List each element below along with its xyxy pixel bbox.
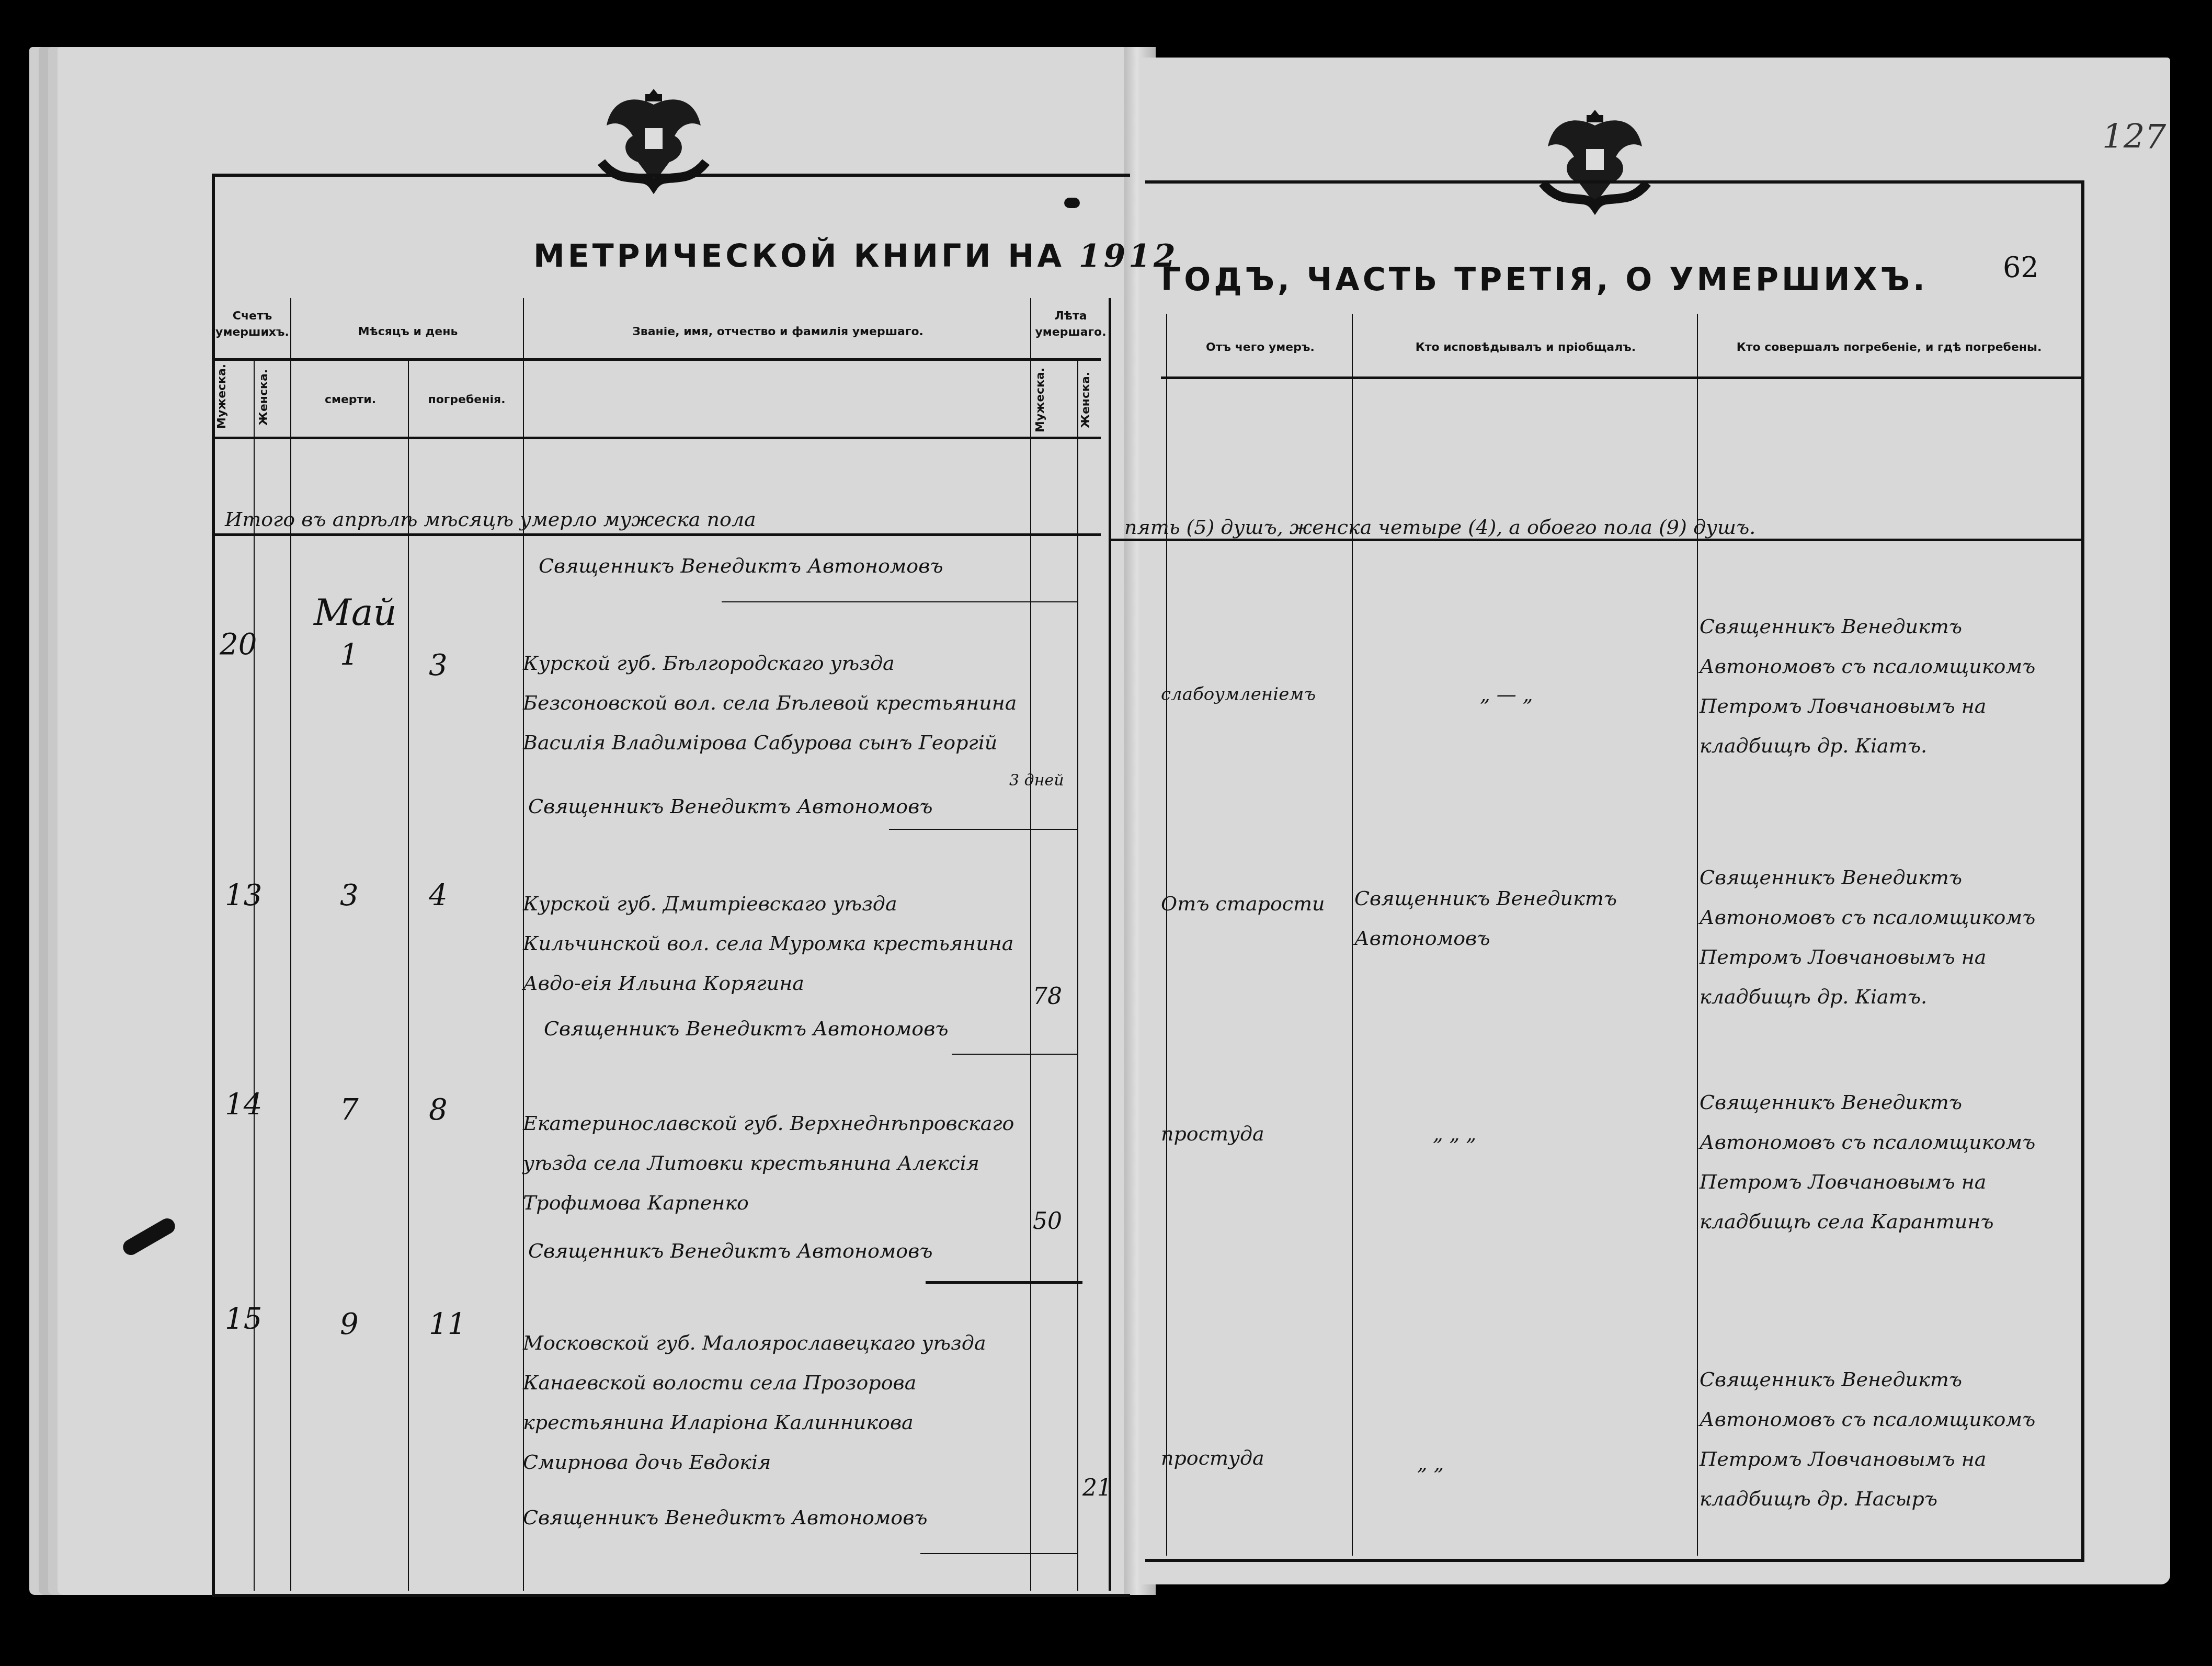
header-age: Лѣта умершаго.: [1033, 309, 1109, 341]
col-line: [254, 358, 255, 1591]
ink-blot: [1064, 198, 1080, 208]
entry-burial-day: 8: [429, 1093, 448, 1127]
header-rule: [212, 358, 1101, 361]
header-age-male: Мужеска.: [1033, 366, 1075, 434]
month-label: Май: [314, 591, 397, 634]
header-count-male: Мужеска.: [214, 366, 251, 429]
entry-burial-day: 4: [429, 878, 448, 912]
header-age-female: Женска.: [1078, 366, 1107, 434]
col-line: [1030, 298, 1031, 1591]
entry-death-day: 9: [340, 1307, 359, 1341]
subheader-rule: [212, 437, 1101, 439]
col-line: [1352, 314, 1353, 1556]
entry-death-day: 7: [340, 1093, 359, 1127]
col-line: [290, 298, 291, 1591]
summary-left: Итого въ апрѣлѣ мѣсяцѣ умерло мужеска по…: [225, 499, 756, 539]
entry-age-note: 3 дней: [1009, 771, 1064, 790]
entry-cause: простуда: [1161, 1438, 1349, 1478]
header-cause: Отъ чего умеръ.: [1169, 340, 1352, 356]
entry-burial-day: 3: [429, 648, 448, 682]
summary-right: пять (5) душъ, женска четыре (4), а обое…: [1124, 507, 1755, 547]
entry-death-day: 3: [340, 878, 359, 912]
entry-burial-by: Священникъ Венедиктъ Автономовъ съ псало…: [1700, 607, 2076, 766]
entry-signature: Священникъ Венедиктъ Автономовъ: [528, 1239, 933, 1262]
archive-folio-number: 127: [2102, 118, 2166, 156]
entry-name: Московской губ. Малоярославецкаго уѣзда …: [523, 1323, 1025, 1482]
col-line: [1109, 298, 1111, 1591]
entry-signature: Священникъ Венедиктъ Автономовъ: [523, 1506, 928, 1529]
entry-age-female: 21: [1082, 1475, 1112, 1501]
header-count-female: Женска.: [256, 366, 288, 429]
entry-male-no: 14: [225, 1088, 262, 1122]
entry-confessor: „ „ „: [1433, 1114, 1642, 1154]
entry-burial-day: 11: [429, 1307, 466, 1341]
signature-rule: [920, 1553, 1077, 1554]
header-month-day: Мѣсяцъ и день: [293, 324, 523, 340]
header-burial: погребенія.: [411, 392, 523, 408]
col-line: [1166, 314, 1167, 1556]
entry-confessor: Священникъ Венедиктъ Автономовъ: [1354, 878, 1689, 958]
entry-age-male: 50: [1033, 1208, 1062, 1235]
signature-rule: [926, 1281, 1082, 1284]
entry-confessor: „ — „: [1480, 675, 1647, 714]
header-death: смерти.: [293, 392, 408, 408]
entry-burial-by: Священникъ Венедиктъ Автономовъ съ псало…: [1700, 1360, 2076, 1519]
entry-signature: Священникъ Венедиктъ Автономовъ: [544, 1017, 949, 1040]
signature-rule: [722, 601, 1077, 602]
col-line: [408, 358, 409, 1591]
summary-signature: Священникъ Венедиктъ Автономовъ: [539, 554, 943, 577]
entry-cause: простуда: [1161, 1114, 1349, 1154]
col-line: [1077, 361, 1078, 1591]
entry-male-no: 20: [220, 627, 257, 661]
entry-death-day: 1: [340, 638, 359, 672]
entry-burial-by: Священникъ Венедиктъ Автономовъ съ псало…: [1700, 858, 2076, 1017]
header-name: Званіе, имя, отчество и фамилія умершаго…: [526, 324, 1030, 340]
header-confessor: Кто исповѣдывалъ и пріобщалъ.: [1354, 340, 1697, 356]
signature-rule: [952, 1054, 1077, 1055]
entry-name: Курской губ. Дмитріевскаго уѣзда Кильчин…: [523, 884, 1025, 1003]
entry-name: Екатеринославской губ. Верхнеднѣпровскаг…: [523, 1103, 1025, 1223]
header-count-of-dead: Счетъ умершихъ.: [214, 309, 290, 341]
entry-age-male: 78: [1033, 983, 1062, 1010]
header-burial-by: Кто совершалъ погребеніе, и гдѣ погребен…: [1700, 340, 2079, 356]
header-rule-right: [1161, 376, 2081, 379]
entry-burial-by: Священникъ Венедиктъ Автономовъ съ псало…: [1700, 1082, 2076, 1241]
entry-signature: Священникъ Венедиктъ Автономовъ: [528, 795, 933, 818]
entry-male-no: 15: [225, 1302, 262, 1336]
col-line: [1697, 314, 1698, 1556]
entry-confessor: „ „: [1417, 1443, 1626, 1483]
entry-male-no: 13: [225, 878, 262, 912]
signature-rule: [889, 829, 1077, 830]
entry-cause: Отъ старости: [1161, 884, 1349, 923]
entry-cause: слабоумленіемъ: [1161, 675, 1349, 714]
entry-name: Курской губ. Бѣлгородскаго уѣзда Безсоно…: [523, 643, 1035, 762]
